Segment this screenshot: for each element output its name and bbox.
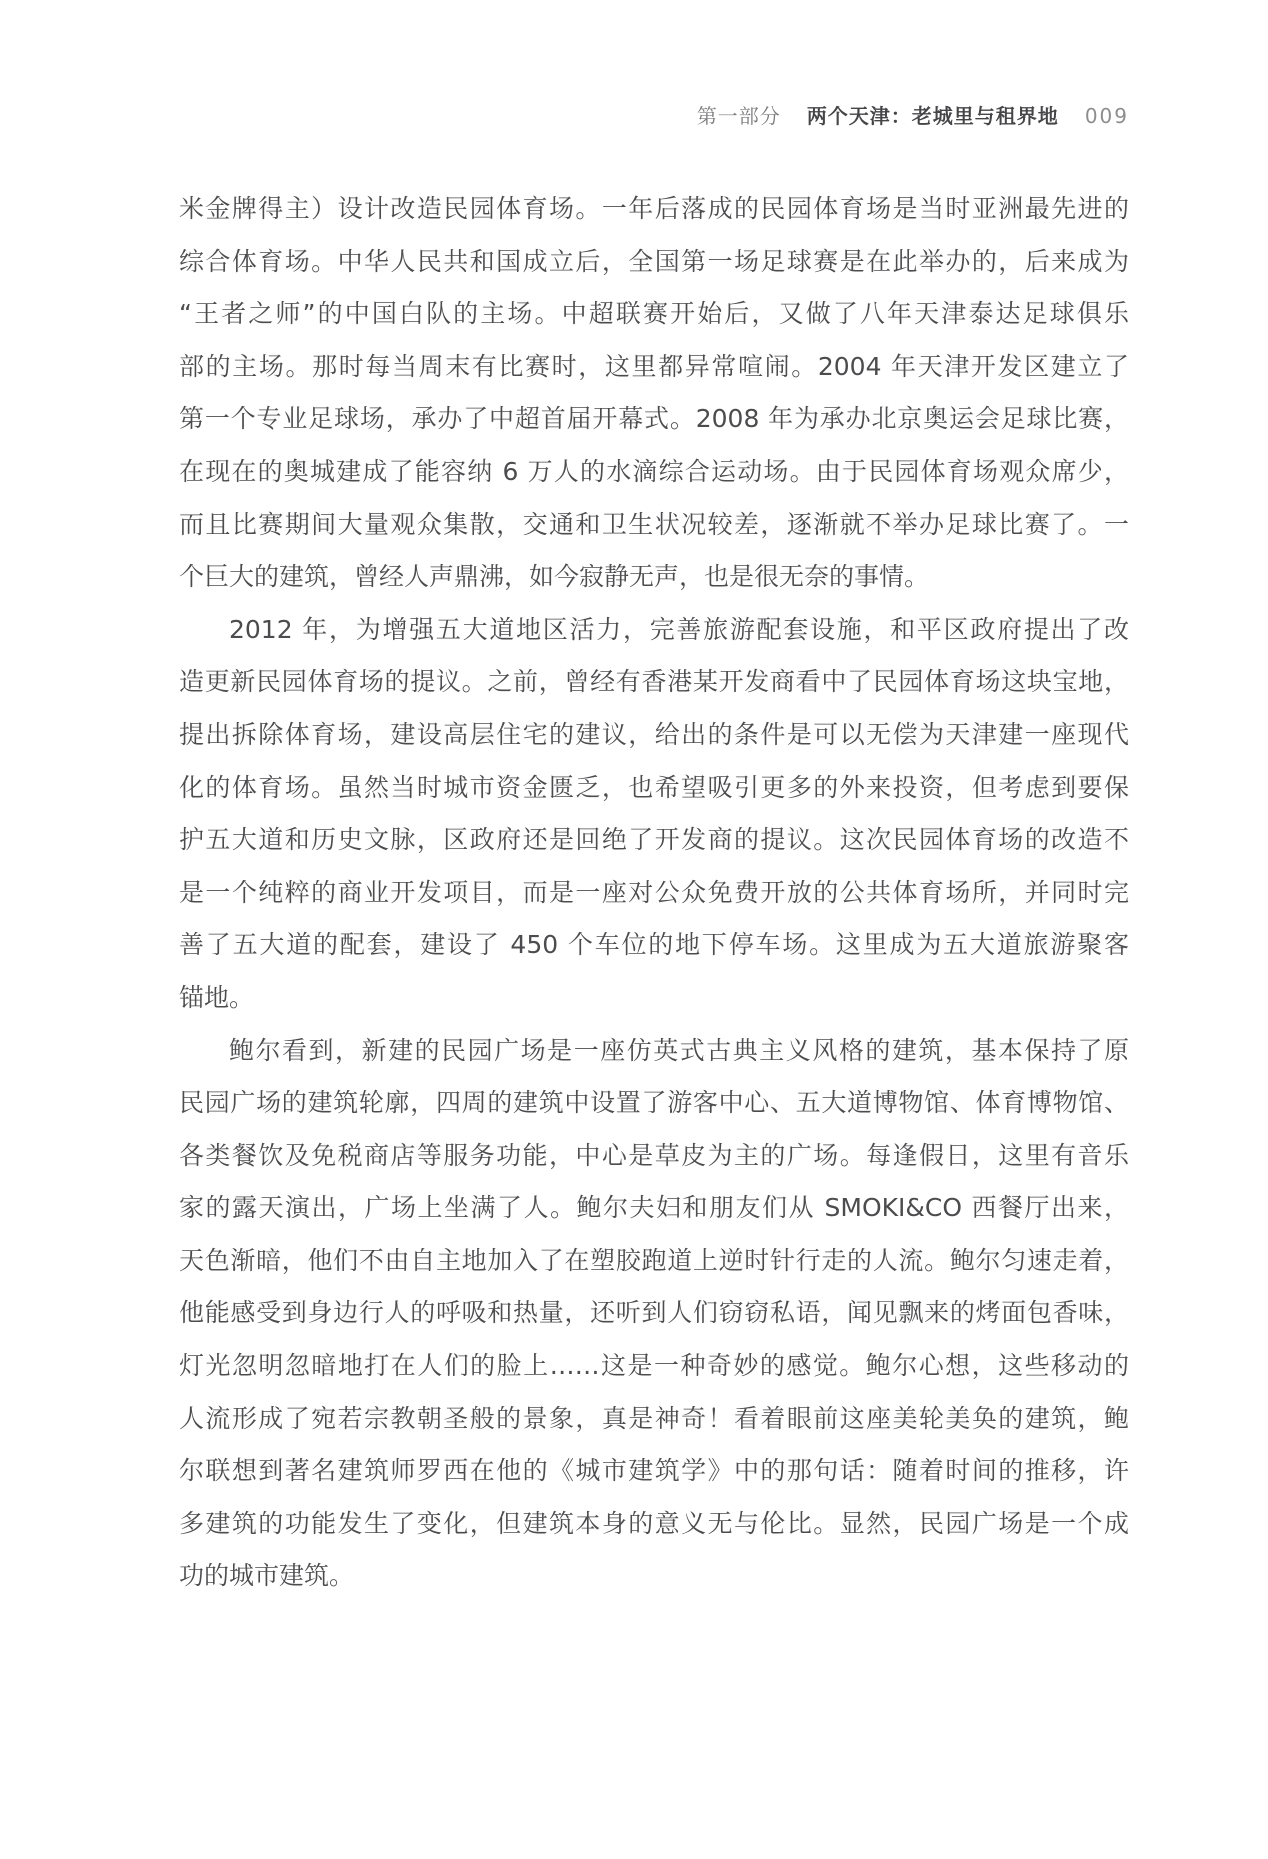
body-line: 在现在的奥城建成了能容纳 6 万人的水滴综合运动场。由于民园体育场观众席少， [179,446,1129,499]
body-line: 造更新民园体育场的提议。之前，曾经有香港某开发商看中了民园体育场这块宝地， [179,656,1129,709]
body-line: 综合体育场。中华人民共和国成立后，全国第一场足球赛是在此举办的，后来成为 [179,236,1129,289]
body-line: 多建筑的功能发生了变化，但建筑本身的意义无与伦比。显然，民园广场是一个成 [179,1498,1129,1551]
body-line: 尔联想到著名建筑师罗西在他的《城市建筑学》中的那句话：随着时间的推移，许 [179,1445,1129,1498]
body-line: 第一个专业足球场，承办了中超首届开幕式。2008 年为承办北京奥运会足球比赛， [179,393,1129,446]
body-line: 护五大道和历史文脉，区政府还是回绝了开发商的提议。这次民园体育场的改造不 [179,814,1129,867]
body-line: “王者之师”的中国白队的主场。中超联赛开始后，又做了八年天津泰达足球俱乐 [179,288,1129,341]
body-line: 鲍尔看到，新建的民园广场是一座仿英式古典主义风格的建筑，基本保持了原 [179,1025,1129,1078]
body-line: 各类餐饮及免税商店等服务功能，中心是草皮为主的广场。每逢假日，这里有音乐 [179,1130,1129,1183]
book-page: 第一部分两个天津：老城里与租界地009 米金牌得主）设计改造民园体育场。一年后落… [0,0,1268,1859]
body-line: 个巨大的建筑，曾经人声鼎沸，如今寂静无声，也是很无奈的事情。 [179,551,1129,604]
body-line: 化的体育场。虽然当时城市资金匮乏，也希望吸引更多的外来投资，但考虑到要保 [179,762,1129,815]
chapter-title: 两个天津：老城里与租界地 [807,104,1059,128]
body-line: 锚地。 [179,972,1129,1025]
body-line: 他能感受到身边行人的呼吸和热量，还听到人们窃窃私语，闻见飘来的烤面包香味， [179,1287,1129,1340]
page-number: 009 [1085,104,1129,128]
body-text: 米金牌得主）设计改造民园体育场。一年后落成的民园体育场是当时亚洲最先进的 综合体… [179,183,1129,1603]
body-line: 家的露天演出，广场上坐满了人。鲍尔夫妇和朋友们从 SMOKI&CO 西餐厅出来， [179,1182,1129,1235]
body-line: 灯光忽明忽暗地打在人们的脸上……这是一种奇妙的感觉。鲍尔心想，这些移动的 [179,1340,1129,1393]
body-line: 2012 年，为增强五大道地区活力，完善旅游配套设施，和平区政府提出了改 [179,604,1129,657]
body-line: 提出拆除体育场，建设高层住宅的建议，给出的条件是可以无偿为天津建一座现代 [179,709,1129,762]
body-line: 而且比赛期间大量观众集散，交通和卫生状况较差，逐渐就不举办足球比赛了。一 [179,499,1129,552]
page-header: 第一部分两个天津：老城里与租界地009 [179,103,1129,129]
body-line: 善了五大道的配套，建设了 450 个车位的地下停车场。这里成为五大道旅游聚客 [179,919,1129,972]
body-line: 是一个纯粹的商业开发项目，而是一座对公众免费开放的公共体育场所，并同时完 [179,867,1129,920]
body-line: 部的主场。那时每当周末有比赛时，这里都异常喧闹。2004 年天津开发区建立了 [179,341,1129,394]
body-line: 民园广场的建筑轮廓，四周的建筑中设置了游客中心、五大道博物馆、体育博物馆、 [179,1077,1129,1130]
body-line: 米金牌得主）设计改造民园体育场。一年后落成的民园体育场是当时亚洲最先进的 [179,183,1129,236]
body-line: 功的城市建筑。 [179,1550,1129,1603]
body-line: 天色渐暗，他们不由自主地加入了在塑胶跑道上逆时针行走的人流。鲍尔匀速走着， [179,1235,1129,1288]
part-label: 第一部分 [697,104,781,128]
body-line: 人流形成了宛若宗教朝圣般的景象，真是神奇！看着眼前这座美轮美奂的建筑，鲍 [179,1393,1129,1446]
